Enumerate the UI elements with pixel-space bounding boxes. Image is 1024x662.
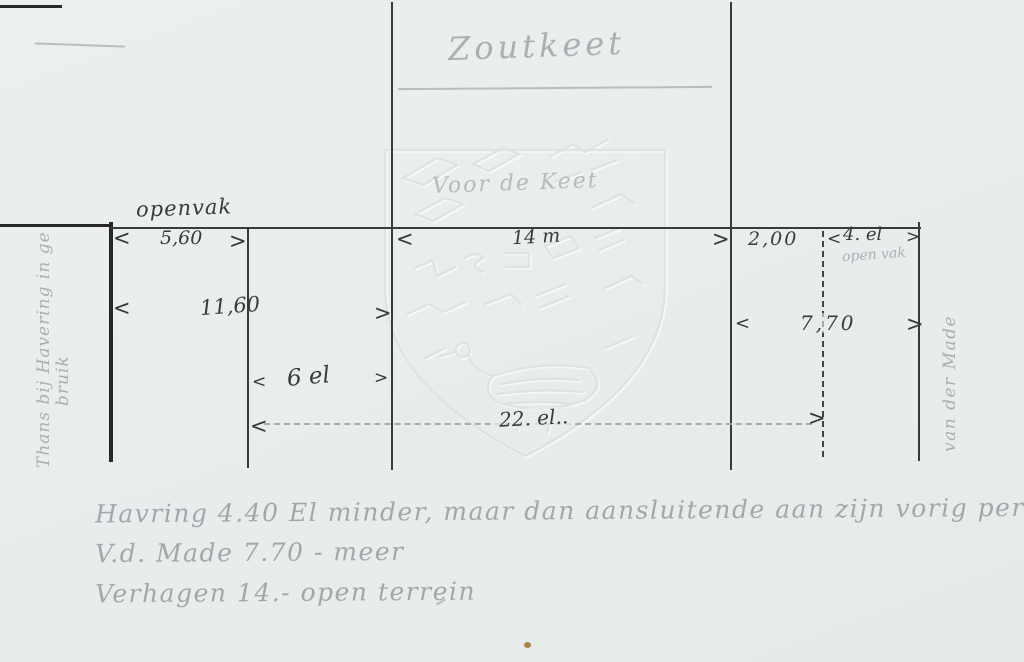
boundary-line-right <box>918 222 920 461</box>
dim-arrow-left-icon: < <box>252 374 266 391</box>
top-title: Zoutkeet <box>447 27 625 65</box>
bottom-note-2: V.d. Made 7.70 - meer <box>95 539 405 566</box>
dim-14: 14 m <box>512 227 561 248</box>
dim-arrow-right-icon: > <box>906 229 920 246</box>
boundary-line-left-thick <box>109 222 113 462</box>
dim-6-el: 6 el <box>286 364 331 391</box>
dim-11-60: 11,60 <box>199 294 260 319</box>
dim-22-el: 22. el.. <box>495 406 573 430</box>
plot-line-vertical-left-full <box>391 2 393 470</box>
title-underline <box>398 86 712 90</box>
dim-arrow-left-icon: < <box>250 416 268 437</box>
dim-arrow-right-icon: > <box>374 370 388 387</box>
scan-edge-mark <box>0 5 62 8</box>
dim-arrow-right-icon: > <box>712 229 730 250</box>
left-margin-note-line1: Thans bij Havering in ge <box>36 228 53 468</box>
dim-4-el: 4. el <box>843 226 882 244</box>
dim-arrow-right-icon: > <box>229 231 247 252</box>
dim-7-70: 7,70 <box>800 313 857 333</box>
dim-arrow-left-icon: < <box>113 228 131 249</box>
dim-arrow-left-icon: < <box>827 231 841 248</box>
dim-2-00: 2,00 <box>748 230 798 249</box>
left-margin-note-line2: bruik <box>55 228 72 406</box>
scanned-document: Zoutkeet Voor de Keet openvak < 5,60 > <… <box>0 0 1024 662</box>
corner-line-horizontal <box>0 224 112 227</box>
stray-pencil-stroke <box>35 42 125 47</box>
bottom-note-1: Havring 4.40 El minder, maar dan aanslui… <box>95 495 1024 527</box>
dim-arrow-right-icon: > <box>374 303 392 324</box>
dim-5-60: 5,60 <box>160 229 202 248</box>
dim-arrow-right-icon: > <box>906 314 924 335</box>
plot-line-vertical-right-full <box>730 2 732 470</box>
dim-4-el-sublabel: open vak <box>842 246 907 264</box>
dim-arrow-left-icon: < <box>113 298 131 319</box>
center-label: Voor de Keet <box>432 170 599 198</box>
dim-arrow-right-icon: > <box>808 408 826 429</box>
dim-arrow-left-icon: < <box>396 229 414 250</box>
divider-vertical-1 <box>247 229 249 468</box>
ink-stain <box>524 642 531 648</box>
right-margin-note: van der Made <box>942 272 959 452</box>
right-margin-note-text: van der Made <box>942 272 959 452</box>
dim-arrow-left-icon: < <box>735 315 750 333</box>
bottom-note-3: Verhagen 14.- open terrein <box>95 579 476 607</box>
openvak-label: openvak <box>136 196 233 220</box>
left-margin-note: Thans bij Havering in ge bruik <box>36 228 72 468</box>
